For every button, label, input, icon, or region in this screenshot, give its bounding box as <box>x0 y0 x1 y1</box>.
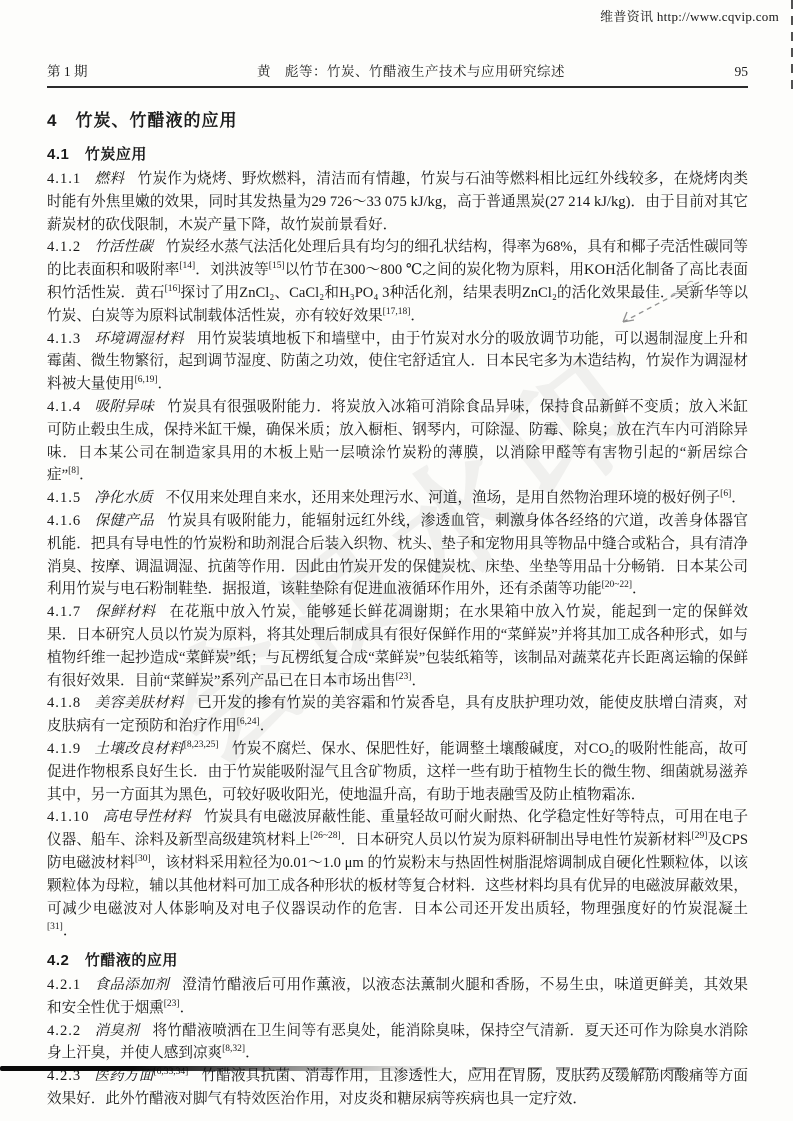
paragraph-4.1.6: 4.1.6保健产品竹炭具有吸附能力，能辐射远红外线，渗透血管，刺激身体各经络的穴… <box>47 510 748 601</box>
reference-superscript: [8,23,25] <box>184 740 219 750</box>
pencil-mark-annotation <box>613 270 713 332</box>
reference-superscript: [16] <box>165 284 181 294</box>
paragraph-label: 消臭剂 <box>94 1023 139 1039</box>
paragraph-label: 食品添加剂 <box>94 977 169 993</box>
paragraph-4.1.10: 4.1.10高电导性材料竹炭具有电磁波屏蔽性能、重量轻故可耐火耐热、化学稳定性好… <box>47 806 748 943</box>
paragraph-label: 高电导性材料 <box>102 809 190 825</box>
reference-superscript: [29] <box>692 831 708 841</box>
reference-superscript: [6] <box>720 489 731 499</box>
paragraph-4.1.7: 4.1.7保鲜材料在花瓶中放入竹炭，能够延长鲜花凋谢期；在水果箱中放入竹炭，能起… <box>47 601 748 692</box>
paragraph-number: 4.1.4 <box>47 399 81 415</box>
paragraph-number: 4.1.2 <box>47 239 81 255</box>
paragraph-label: 保健产品 <box>94 513 154 529</box>
scan-smudge-artifact <box>0 1066 445 1071</box>
article-content: 4 竹炭、竹醋液的应用 4.1 竹炭应用4.1.1燃料竹炭作为烧烤、野炊燃料，清… <box>47 94 748 1111</box>
paragraph-4.1.3: 4.1.3环境调湿材料用竹炭装填地板下和墙壁中，由于竹炭对水分的吸放调节功能，可… <box>47 328 748 396</box>
reference-superscript: [20~22] <box>602 580 632 590</box>
running-title: 黄 彪等：竹炭、竹醋液生产技术与应用研究综述 <box>88 60 735 80</box>
paragraph-label: 吸附异味 <box>94 399 154 415</box>
paragraph-number: 4.1.1 <box>47 171 81 187</box>
reference-superscript: [31] <box>47 922 63 932</box>
paragraph-number: 4.2.1 <box>47 977 81 993</box>
reference-superscript: [26~28] <box>310 831 340 841</box>
reference-superscript: [8] <box>68 467 79 477</box>
reference-superscript: [6,19] <box>135 375 158 385</box>
paragraph-4.1.9: 4.1.9土壤改良材料[8,23,25]竹炭不腐烂、保水、保肥性好，能调整土壤酸… <box>47 738 748 806</box>
paragraph-4.1.4: 4.1.4吸附异味竹炭具有很强吸附能力．将炭放入冰箱可消除食品异味，保持食品新鲜… <box>47 396 748 487</box>
paragraph-label: 净化水质 <box>94 490 152 506</box>
article-heading: 4 竹炭、竹醋液的应用 <box>47 106 748 131</box>
paragraph-label: 土壤改良材料 <box>94 741 184 757</box>
paragraph-number: 4.1.6 <box>47 513 81 529</box>
paragraph-number: 4.2.2 <box>47 1023 81 1039</box>
scan-smudge-artifact-2 <box>472 1067 682 1070</box>
reference-superscript: [17,18] <box>383 307 411 317</box>
paragraph-4.1.5: 4.1.5净化水质不仅用来处理自来水，还用来处理污水、河道，渔场，是用自然物治理… <box>47 487 748 510</box>
paragraph-label: 竹活性碳 <box>94 239 153 255</box>
paragraph-4.2.1: 4.2.1食品添加剂澄清竹醋液后可用作薰液，以液态法薰制火腿和香肠，不易生虫，味… <box>47 974 748 1020</box>
issue-label: 第 1 期 <box>47 60 88 80</box>
paragraph-number: 4.1.8 <box>47 695 81 711</box>
paragraph-4.2.2: 4.2.2消臭剂将竹醋液喷洒在卫生间等有恶臭处，能消除臭味，保持空气清新．夏天还… <box>47 1020 748 1066</box>
reference-superscript: [14] <box>179 261 195 271</box>
section-heading: 4.1 竹炭应用 <box>47 143 748 164</box>
paragraph-4.1.1: 4.1.1燃料竹炭作为烧烤、野炊燃料，清洁而有情趣，竹炭与石油等燃料相比远红外线… <box>47 168 748 236</box>
reference-superscript: [6,24] <box>237 717 260 727</box>
running-head: 第 1 期 黄 彪等：竹炭、竹醋液生产技术与应用研究综述 95 <box>47 60 748 88</box>
paragraph-number: 4.1.5 <box>47 490 81 506</box>
reference-superscript: [30] <box>135 854 151 864</box>
paragraph-number: 4.1.9 <box>47 741 81 757</box>
paragraph-number: 4.1.7 <box>47 604 81 620</box>
paragraph-number: 4.1.10 <box>47 809 89 825</box>
paragraph-label: 燃料 <box>94 171 124 187</box>
paragraph-4.1.8: 4.1.8美容美肤材料已开发的掺有竹炭的美容霜和竹炭香皂，具有皮肤护理功效，能使… <box>47 692 748 738</box>
paragraph-4.2.3: 4.2.3医药方面[6,33,34]竹醋液具抗菌、消毒作用，且渗透性大，应用在胃… <box>47 1065 748 1111</box>
scan-credit-watermark: 维普资讯 http://www.cqvip.com <box>600 6 779 25</box>
scanned-paper-page: 维普资讯 http://www.cqvip.com 会员水印 第 1 期 黄 彪… <box>0 0 793 1121</box>
reference-superscript: [15] <box>269 261 285 271</box>
reference-superscript: [23] <box>396 672 412 682</box>
paragraph-label: 美容美肤材料 <box>94 695 184 711</box>
page-number: 95 <box>735 64 749 80</box>
paragraph-label: 环境调湿材料 <box>94 331 184 347</box>
paragraph-label: 保鲜材料 <box>94 604 156 620</box>
reference-superscript: [8,32] <box>222 1045 245 1055</box>
paragraph-number: 4.1.3 <box>47 331 81 347</box>
reference-superscript: [23] <box>164 999 180 1009</box>
section-heading: 4.2 竹醋液的应用 <box>47 949 748 970</box>
